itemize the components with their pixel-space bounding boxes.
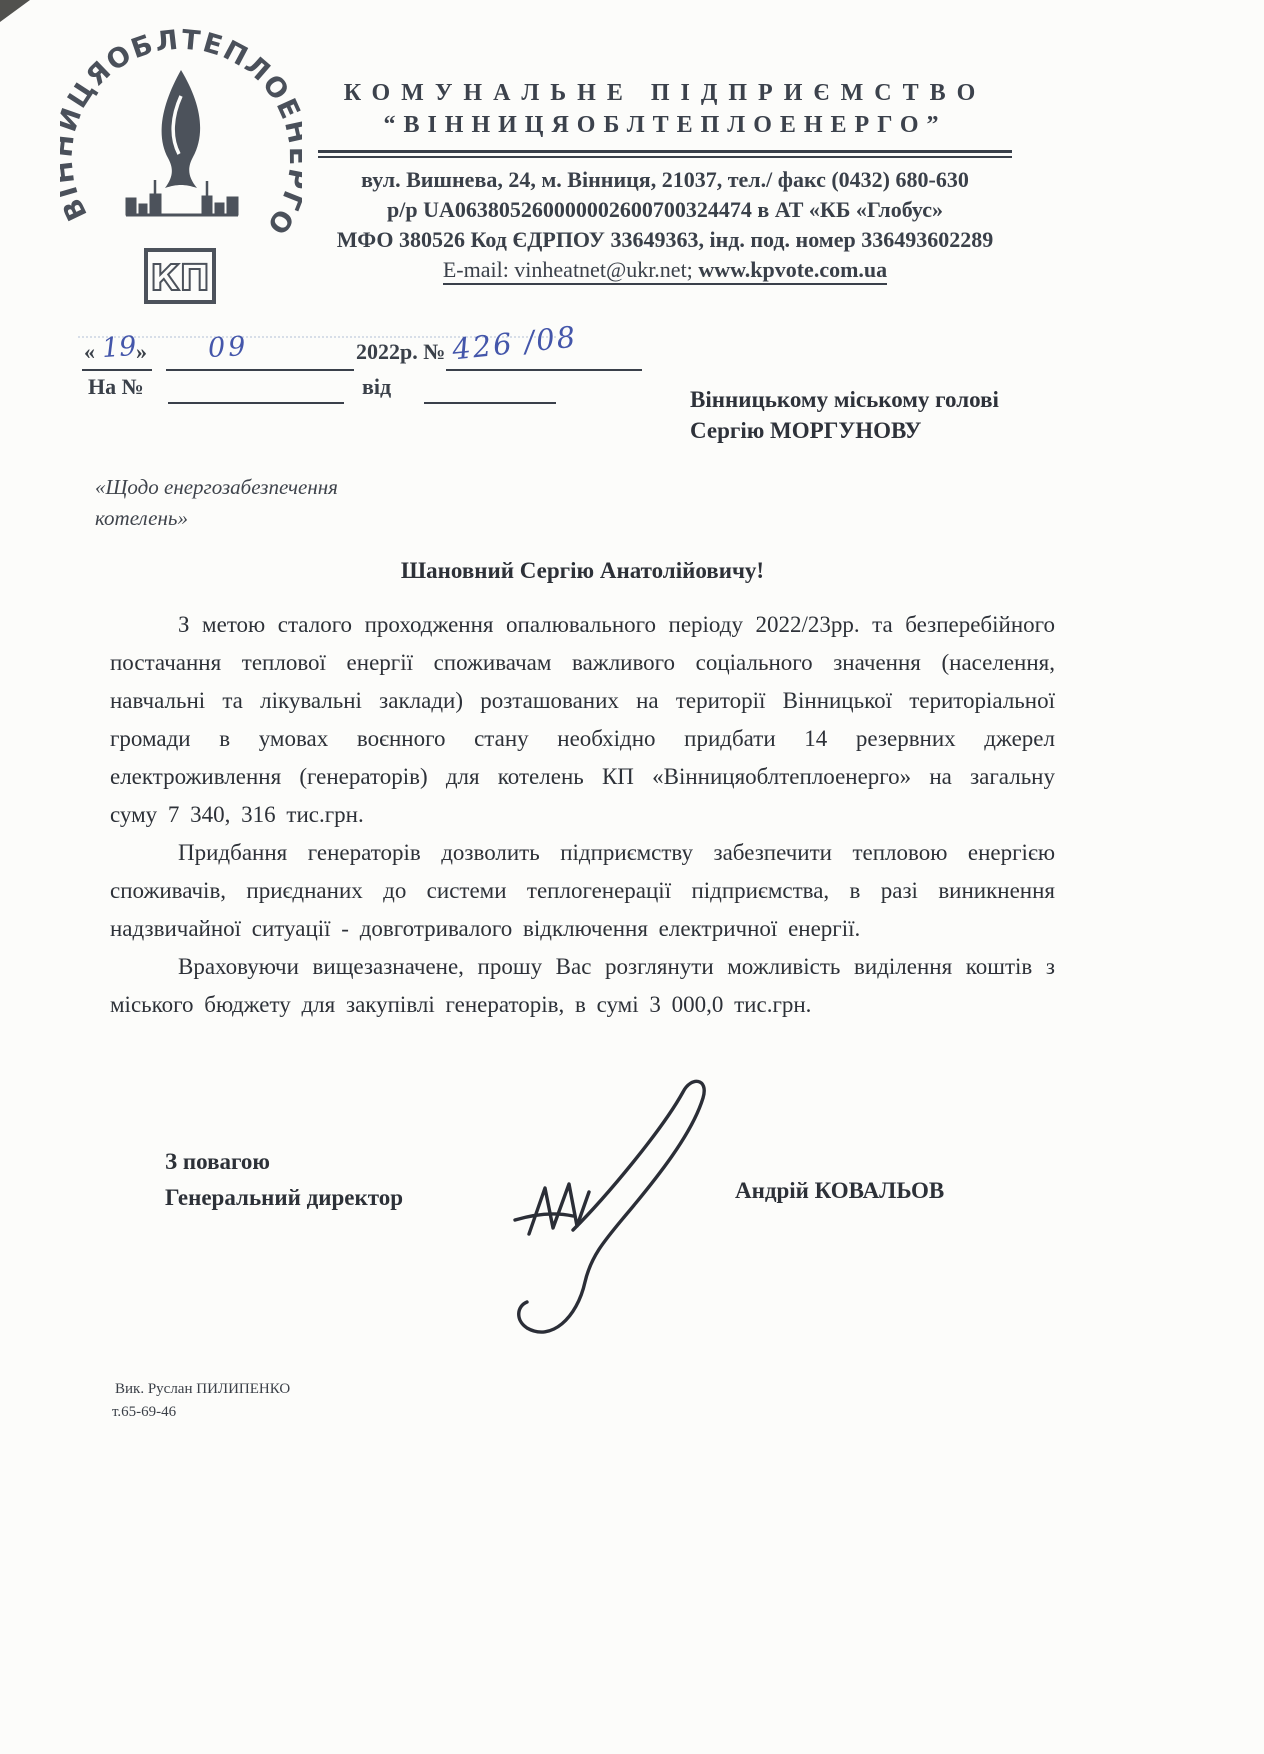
reply-from-label: від [362,374,391,400]
closing-title: Генеральний директор [165,1180,403,1216]
logo-kp-badge: КП [146,250,214,302]
reply-to-label: На № [88,374,144,400]
executor-phone: т.65-69-46 [112,1404,176,1421]
reply-number-underline [168,401,344,404]
website-text: www.kpvote.com.ua [698,257,887,282]
date-month-handwritten: 09 [207,331,249,364]
letter-page: ВІННИЦЯОБЛТЕПЛОЕНЕРГО [0,0,1264,1754]
date-day-underline [82,368,152,371]
company-type: КОМУНАЛЬНЕ ПІДПРИЄМСТВО [318,80,1012,107]
logo-graphic: ВІННИЦЯОБЛТЕПЛОЕНЕРГО [60,10,302,312]
city-skyline-icon [126,180,238,215]
subject-line2: котелень» [95,503,338,534]
paragraph: Придбання генераторів дозволить підприєм… [110,834,1055,948]
recipient-block: Вінницькому міському голові Сергію МОРГУ… [690,384,999,446]
recipient-name: Сергію МОРГУНОВУ [690,415,999,446]
letterhead-divider [318,150,1012,158]
closing-block: З повагою Генеральний директор [165,1144,403,1216]
closing-respect: З повагою [165,1144,403,1180]
svg-text:КП: КП [150,258,210,299]
date-month-underline [166,368,354,371]
scan-corner-artifact [0,0,30,22]
codes-line: МФО 380526 Код ЄДРПОУ 33649363, інд. под… [318,225,1012,255]
reply-date-underline [424,401,556,404]
signer-name: Андрій КОВАЛЬОВ [735,1178,944,1204]
company-logo: ВІННИЦЯОБЛТЕПЛОЕНЕРГО [60,10,302,312]
recipient-title: Вінницькому міському голові [690,384,999,415]
year-number-label: 2022р. № [356,339,445,365]
paragraph: З метою сталого проходження опалювальног… [110,606,1055,834]
bank-account-line: р/р UA063805260000002600700324474 в АТ «… [318,195,1012,225]
email-text: E-mail: vinheatnet@ukr.net; [443,257,693,282]
flame-icon [162,70,201,188]
date-close-quote: » [136,339,147,365]
email-website-line: E-mail: vinheatnet@ukr.net; www.kpvote.c… [318,255,1012,285]
letter-body: З метою сталого проходження опалювальног… [110,606,1055,1024]
handwritten-signature [485,1068,735,1353]
subject-line1: «Щодо енергозабезпечення [95,472,338,503]
paragraph: Враховуючи вищезазначене, прошу Вас розг… [110,948,1055,1024]
date-open-quote: « [84,339,95,365]
company-name: “ВІННИЦЯОБЛТЕПЛОЕНЕРГО” [318,112,1012,139]
address-line: вул. Вишнева, 24, м. Вінниця, 21037, тел… [318,165,1012,195]
executor-line: Вик. Руслан ПИЛИПЕНКО [115,1381,290,1398]
salutation: Шановний Сергію Анатолійовичу! [110,558,1055,584]
date-day-handwritten: 19 [101,331,137,364]
number-underline [446,368,642,371]
subject-block: «Щодо енергозабезпечення котелень» [95,472,338,534]
contacts-block: вул. Вишнева, 24, м. Вінниця, 21037, тел… [318,165,1012,285]
outgoing-number-handwritten: 426 /08 [451,320,579,367]
